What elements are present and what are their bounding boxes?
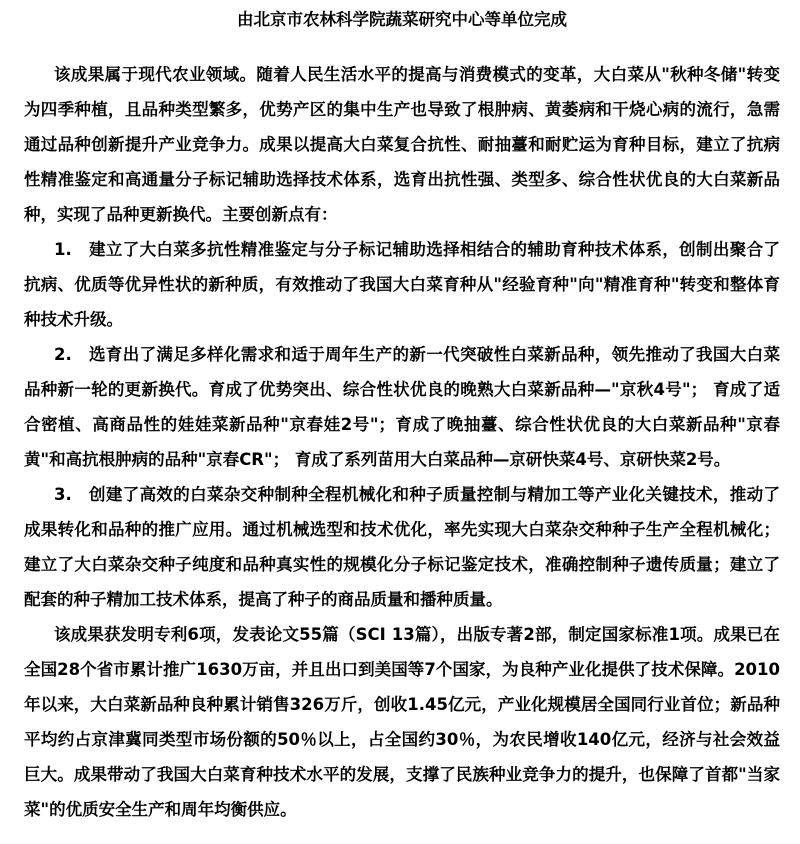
document-page: 由北京市农林科学院蔬菜研究中心等单位完成 该成果属于现代农业领域。随着人民生活水… (0, 0, 800, 844)
paragraph-point-2: 2. 选育出了满足多样化需求和适于周年生产的新一代突破性白菜新品种，领先推动了我… (24, 337, 780, 477)
document-title: 由北京市农林科学院蔬菜研究中心等单位完成 (24, 10, 780, 30)
paragraph-results: 该成果获发明专利6项，发表论文55篇（SCI 13篇），出版专著2部，制定国家标… (24, 617, 780, 827)
paragraph-point-3: 3. 创建了高效的白菜杂交种制种全程机械化和种子质量控制与精加工等产业化关键技术… (24, 477, 780, 617)
paragraph-point-1: 1. 建立了大白菜多抗性精准鉴定与分子标记辅助选择相结合的辅助育种技术体系，创制… (24, 232, 780, 337)
paragraph-intro: 该成果属于现代农业领域。随着人民生活水平的提高与消费模式的变革，大白菜从"秋种冬… (24, 57, 780, 232)
